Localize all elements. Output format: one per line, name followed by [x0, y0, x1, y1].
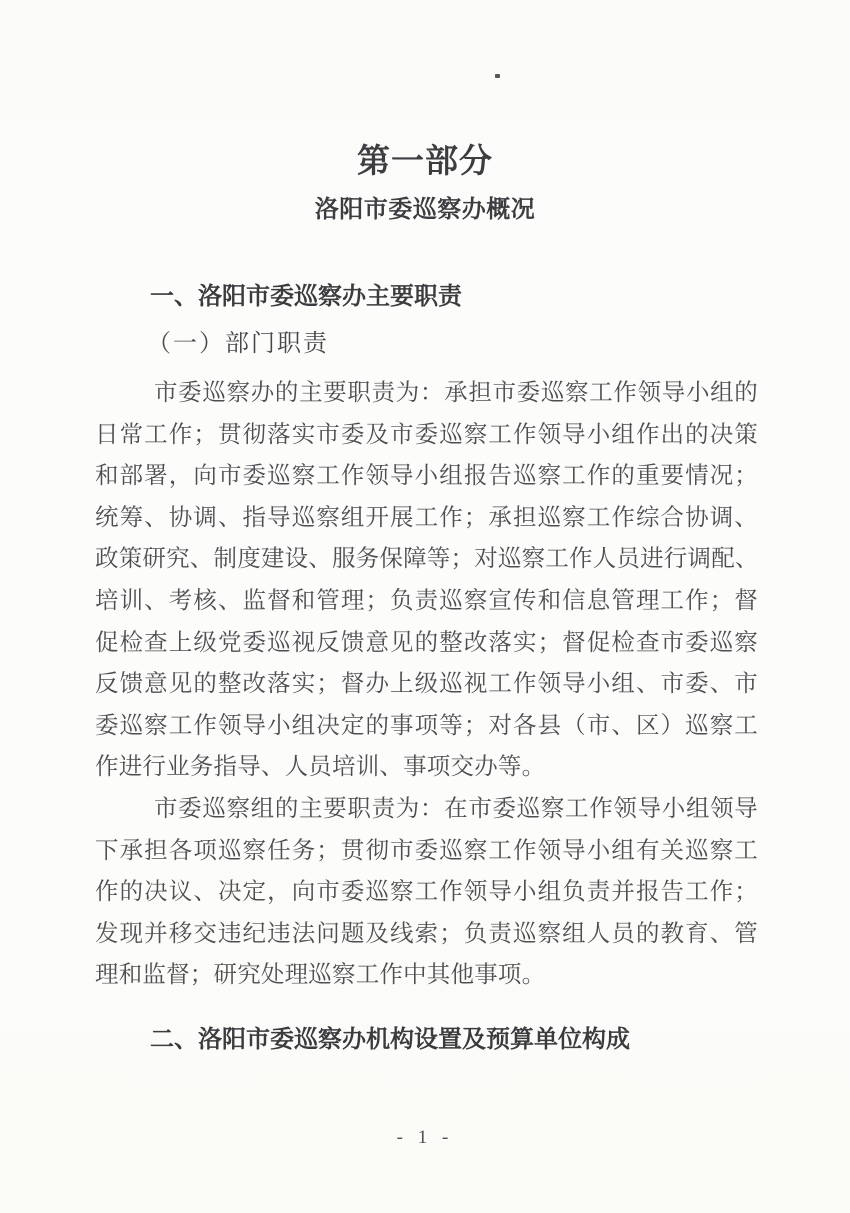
- text-line: 理和监督；研究处理巡察工作中其他事项。: [95, 955, 758, 997]
- page-number: - 1 -: [0, 1127, 850, 1149]
- text-line: 和部署，向市委巡察工作领导小组报告巡察工作的重要情况；: [95, 456, 758, 498]
- paragraph-team-duties: 市委巡察组的主要职责为：在市委巡察工作领导小组领导 下承担各项巡察任务；贯彻市委…: [95, 789, 758, 997]
- paragraph-office-duties: 市委巡察办的主要职责为：承担市委巡察工作领导小组的 日常工作；贯彻落实市委及市委…: [95, 373, 758, 789]
- section-two-heading: 二、洛阳市委巡察办机构设置及预算单位构成: [95, 1027, 758, 1053]
- document-page: 第一部分 洛阳市委巡察办概况 一、洛阳市委巡察办主要职责 （一）部门职责 市委巡…: [0, 0, 850, 1213]
- text-line: 培训、考核、监督和管理；负责巡察宣传和信息管理工作；督: [95, 581, 758, 623]
- scan-speck: [495, 74, 500, 78]
- text-line: 作进行业务指导、人员培训、事项交办等。: [95, 747, 758, 789]
- text-line: 反馈意见的整改落实；督办上级巡视工作领导小组、市委、市: [95, 664, 758, 706]
- part-subtitle: 洛阳市委巡察办概况: [0, 196, 850, 224]
- section-one-heading: 一、洛阳市委巡察办主要职责: [95, 284, 758, 310]
- text-line: 统筹、协调、指导巡察组开展工作；承担巡察工作综合协调、: [95, 498, 758, 540]
- text-line: 发现并移交违纪违法问题及线索；负责巡察组人员的教育、管: [95, 914, 758, 956]
- section-one-subheading: （一）部门职责: [95, 331, 758, 358]
- text-line: 政策研究、制度建设、服务保障等；对巡察工作人员进行调配、: [95, 539, 758, 581]
- text-line: 作的决议、决定，向市委巡察工作领导小组负责并报告工作；: [95, 872, 758, 914]
- text-line: 下承担各项巡察任务；贯彻市委巡察工作领导小组有关巡察工: [95, 831, 758, 873]
- text-line: 促检查上级党委巡视反馈意见的整改落实；督促检查市委巡察: [95, 623, 758, 665]
- part-title: 第一部分: [0, 0, 850, 179]
- text-line: 市委巡察组的主要职责为：在市委巡察工作领导小组领导: [95, 789, 758, 831]
- text-line: 市委巡察办的主要职责为：承担市委巡察工作领导小组的: [95, 373, 758, 415]
- document-body: 一、洛阳市委巡察办主要职责 （一）部门职责 市委巡察办的主要职责为：承担市委巡察…: [95, 284, 758, 1053]
- text-line: 委巡察工作领导小组决定的事项等；对各县（市、区）巡察工: [95, 706, 758, 748]
- text-line: 日常工作；贯彻落实市委及市委巡察工作领导小组作出的决策: [95, 415, 758, 457]
